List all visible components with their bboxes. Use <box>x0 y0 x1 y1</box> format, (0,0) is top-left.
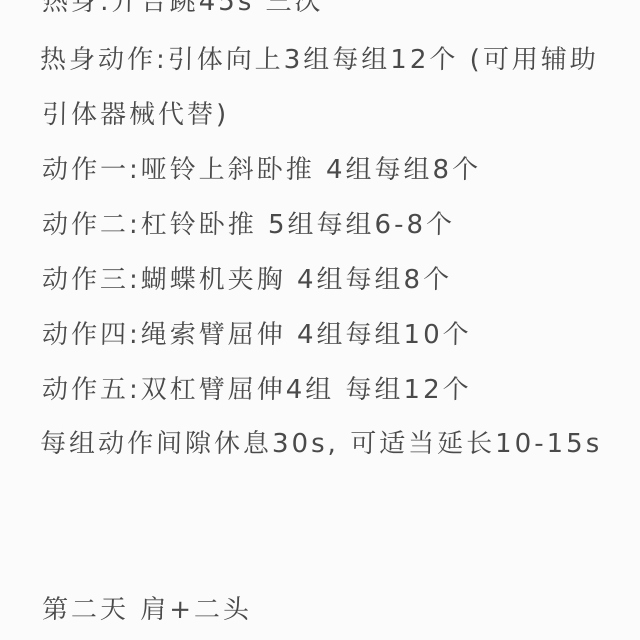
exercise-4-line: 动作四:绳索臂屈伸 4组每组10个 <box>42 319 631 351</box>
exercise-2-line: 动作二:杠铃卧推 5组每组6-8个 <box>42 209 631 241</box>
day-2-heading: 第二天 肩+二头 <box>42 594 631 626</box>
handwritten-workout-note: 热身:开合跳45s 三次 热身动作:引体向上3组每组12个 (可用辅助 引体器械… <box>0 0 640 640</box>
warmup-action-line: 热身动作:引体向上3组每组12个 (可用辅助 <box>40 44 631 76</box>
exercise-1-line: 动作一:哑铃上斜卧推 4组每组8个 <box>42 154 631 186</box>
warmup-action-continuation-line: 引体器械代替) <box>42 99 631 131</box>
exercise-5-line: 动作五:双杠臂屈伸4组 每组12个 <box>42 374 631 406</box>
exercise-3-line: 动作三:蝴蝶机夹胸 4组每组8个 <box>42 264 631 296</box>
warmup-line: 热身:开合跳45s 三次 <box>42 0 631 18</box>
rest-note-line: 每组动作间隙休息30s, 可适当延长10-15s <box>40 428 631 460</box>
